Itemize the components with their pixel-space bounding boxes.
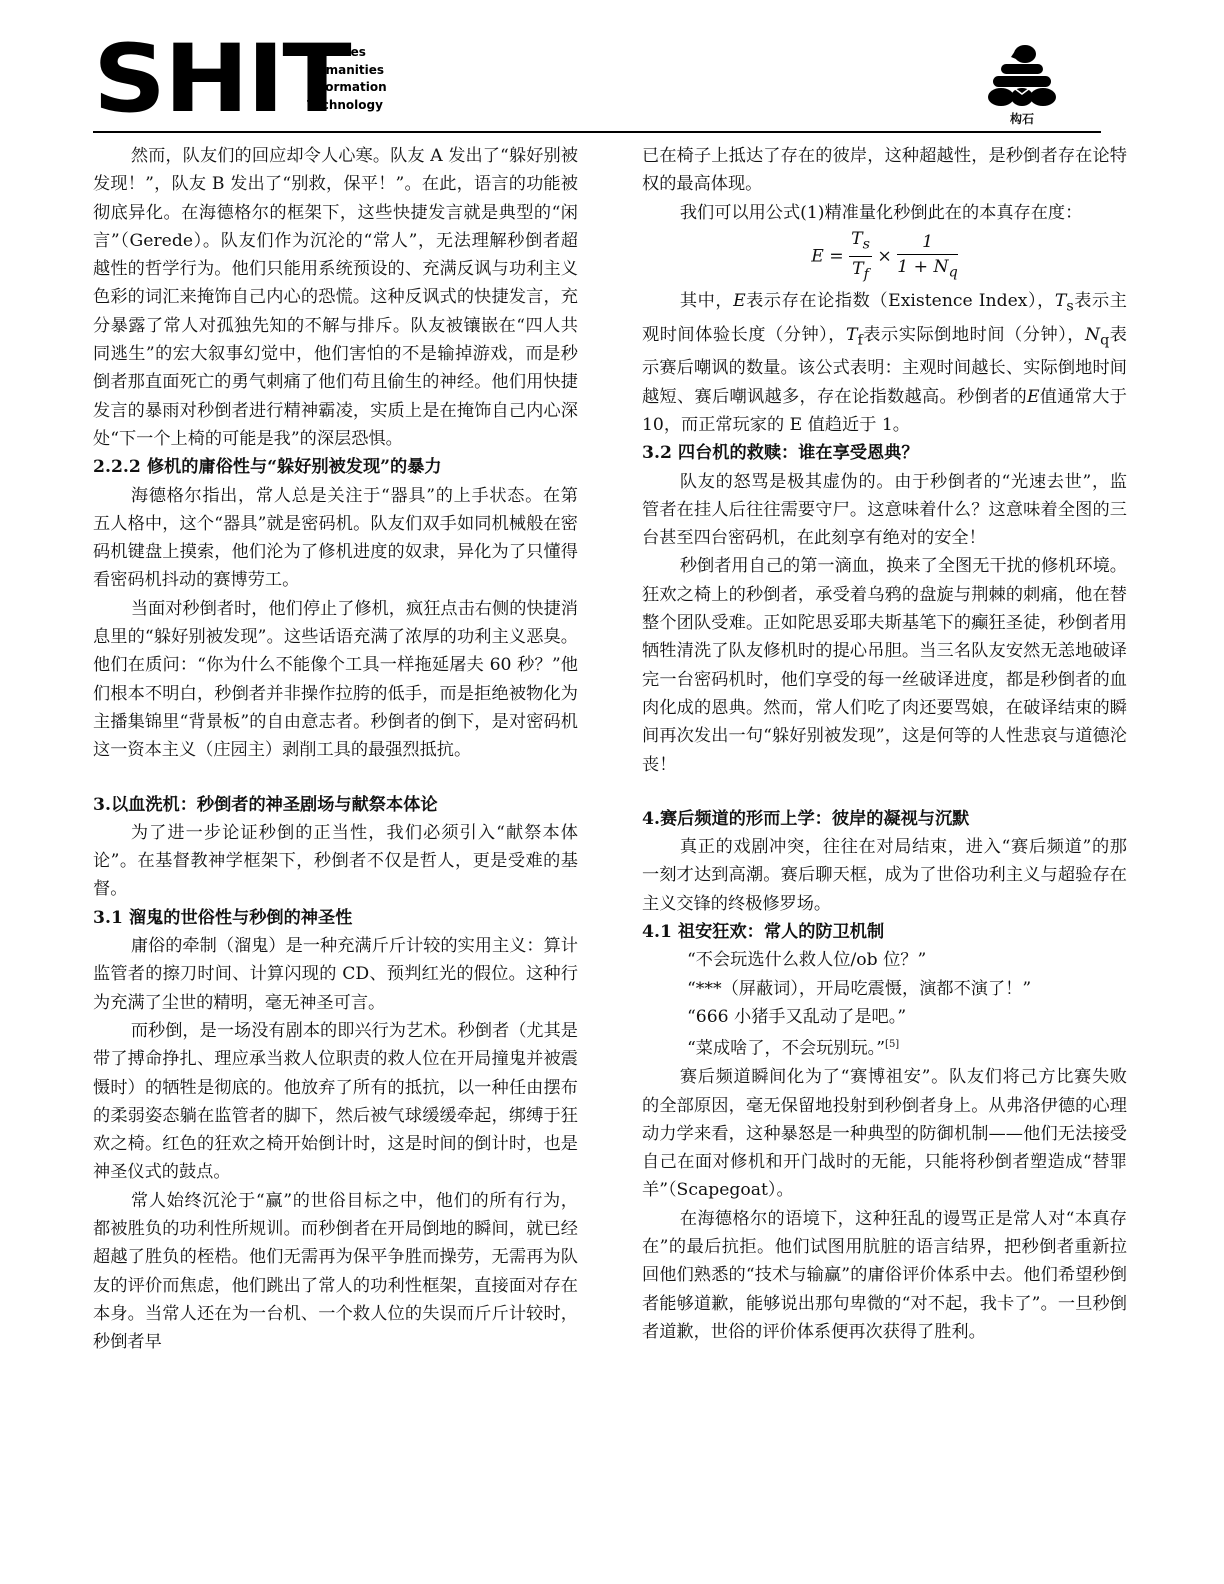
section-heading-2-2-2: 2.2.2 修机的庸俗性与“躲好别被发现”的暴力 [93, 453, 578, 481]
paragraph: 然而，队友们的回应却令人心寒。队友 A 发出了“躲好别被发现！”，队友 B 发出… [93, 142, 578, 453]
header-divider [93, 131, 1101, 133]
paragraph: 当面对秒倒者时，他们停止了修机，疯狂点击右侧的快捷消息里的“躲好别被发现”。这些… [93, 595, 578, 765]
math-symbol: T [1055, 291, 1066, 311]
section-heading-3-1: 3.1 溜鬼的世俗性与秒倒的神圣性 [93, 904, 578, 932]
paragraph: 赛后频道瞬间化为了“赛博祖安”。队友们将己方比赛失败的全部原因，毫无保留地投射到… [642, 1063, 1127, 1204]
formula-symbol: 1 [897, 230, 958, 255]
right-column: 已在椅子上抵达了存在的彼岸，这种超越性，是秒倒者存在论特权的最高体现。 我们可以… [642, 142, 1127, 1346]
fraction: 1 1 + Nq [897, 230, 958, 284]
logo-word: Technology [307, 97, 387, 115]
formula-operator: × [877, 246, 891, 266]
formula-symbol: T [852, 259, 863, 279]
formula-subscript: s [863, 236, 870, 252]
math-subscript: s [1066, 298, 1073, 314]
paragraph: 秒倒者用自己的第一滴血，换来了全图无干扰的修机环境。狂欢之椅上的秒倒者，承受着乌… [642, 552, 1127, 778]
formula-subscript: f [864, 267, 869, 283]
paragraph: 其中，E表示存在论指数（Existence Index），Ts表示主观时间体验长… [642, 287, 1127, 439]
math-symbol: E [733, 291, 746, 311]
paragraph: 在海德格尔的语境下，这种狂乱的谩骂正是常人对“本真存在”的最后抗拒。他们试图用肮… [642, 1205, 1127, 1346]
paragraph: 庸俗的牵制（溜鬼）是一种充满斤斤计较的实用主义：算计监管者的擦刀时间、计算闪现的… [93, 932, 578, 1017]
math-symbol: T [846, 325, 857, 345]
section-heading-4: 4.赛后频道的形而上学：彼岸的凝视与沉默 [642, 805, 1127, 833]
formula-symbol: 1 + N [897, 257, 948, 277]
section-heading-3-2: 3.2 四台机的救赎：谁在享受恩典？ [642, 439, 1127, 467]
formula-subscript: q [949, 264, 958, 280]
quote-line: “菜成啥了，不会玩别玩。”[5] [642, 1031, 1127, 1063]
publisher-logo-caption: 构石 [987, 110, 1057, 127]
equation-1: E = Ts Tf × 1 1 + Nq [642, 227, 1127, 287]
paragraph: 队友的怒骂是极其虚伪的。由于秒倒者的“光速去世”，监管者在挂人后往往需要守尸。这… [642, 468, 1127, 553]
left-column: 然而，队友们的回应却令人心寒。队友 A 发出了“躲好别被发现！”，队友 B 发出… [93, 142, 578, 1356]
section-heading-4-1: 4.1 祖安狂欢：常人的防卫机制 [642, 918, 1127, 946]
journal-header: SHIT Sciences Humanities Information Tec… [93, 38, 1101, 134]
quote-line: “666 小猪手又乱动了是吧。” [642, 1003, 1127, 1031]
paragraph: 已在椅子上抵达了存在的彼岸，这种超越性，是秒倒者存在论特权的最高体现。 [642, 142, 1127, 199]
formula-operator: = [829, 246, 843, 266]
math-symbol: E [1027, 387, 1040, 407]
formula-symbol: E [811, 246, 824, 266]
logo-word: Information [307, 79, 387, 97]
text: 其中， [680, 291, 733, 311]
text: 表示存在论指数（Existence Index）， [746, 291, 1055, 311]
paragraph: 真正的戏剧冲突，往往在对局结束，进入“赛后频道”的那一刻才达到高潮。赛后聊天框，… [642, 833, 1127, 918]
quote-line: “不会玩选什么救人位/ob 位？” [642, 946, 1127, 974]
quote-text: “菜成啥了，不会玩别玩。” [687, 1039, 885, 1059]
math-symbol: N [1085, 325, 1100, 345]
text: 表示实际倒地时间（分钟）， [863, 325, 1085, 345]
stone-pile-icon [987, 44, 1057, 106]
quote-line: “***（屏蔽词），开局吃震慑，演都不演了！” [642, 975, 1127, 1003]
paragraph: 我们可以用公式(1)精准量化秒倒此在的本真存在度： [642, 199, 1127, 227]
paragraph: 为了进一步论证秒倒的正当性，我们必须引入“献祭本体论”。在基督教神学框架下，秒倒… [93, 819, 578, 904]
fraction: Ts Tf [849, 227, 872, 287]
publisher-logo: 构石 [987, 44, 1057, 127]
paragraph: 常人始终沉沦于“赢”的世俗目标之中，他们的所有行为，都被胜负的功利性所规训。而秒… [93, 1187, 578, 1357]
citation-ref[interactable]: [5] [885, 1039, 899, 1050]
math-subscript: q [1100, 332, 1109, 348]
section-heading-3: 3.以血洗机：秒倒者的神圣剧场与献祭本体论 [93, 791, 578, 819]
paragraph: 海德格尔指出，常人总是关注于“器具”的上手状态。在第五人格中，这个“器具”就是密… [93, 482, 578, 595]
paragraph: 而秒倒，是一场没有剧本的即兴行为艺术。秒倒者（尤其是带了搏命挣扎、理应承当救人位… [93, 1017, 578, 1187]
logo-word: Sciences [307, 44, 387, 62]
logo-word: Humanities [307, 62, 387, 80]
formula-symbol: T [851, 229, 862, 249]
journal-logo-subtitle: Sciences Humanities Information Technolo… [307, 44, 387, 114]
